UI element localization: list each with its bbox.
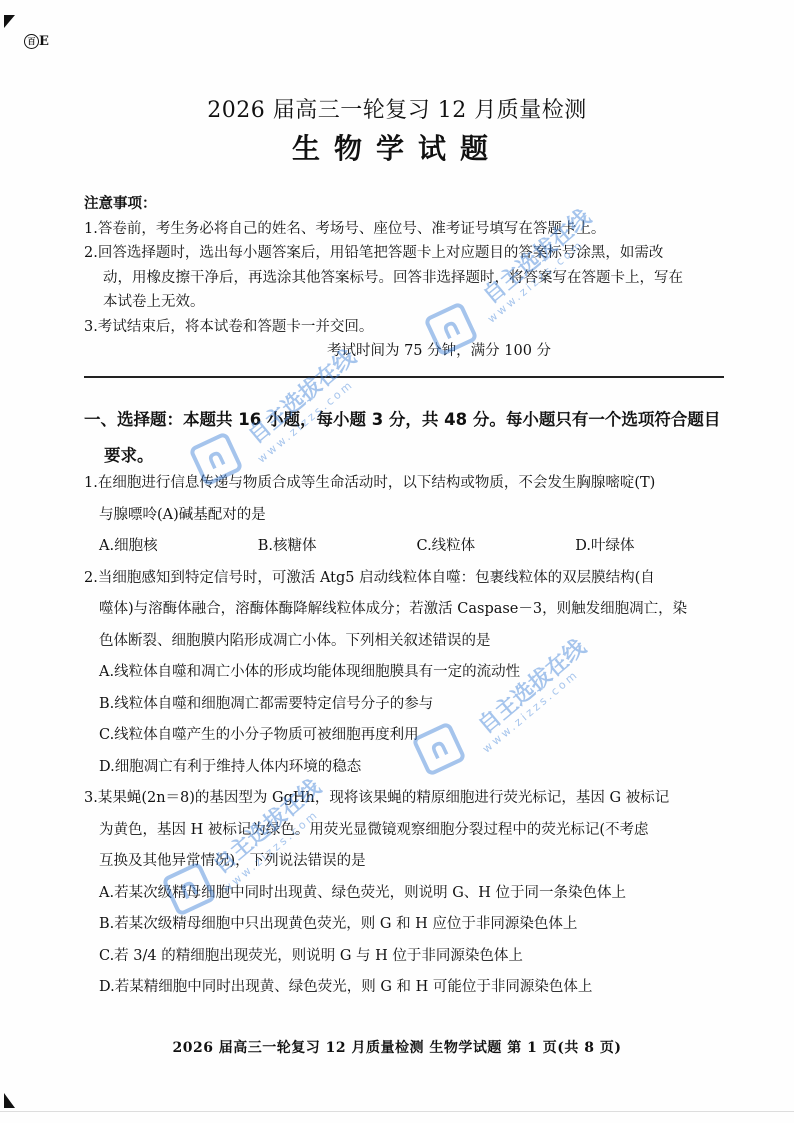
option-b: B.若某次级精母细胞中只出现黄色荧光，则 G 和 H 应位于非同源染色体上: [84, 909, 734, 941]
publisher-logo-circle: 百: [24, 34, 39, 49]
question-stem-line: 噬体)与溶酶体融合，溶酶体酶降解线粒体成分；若激活 Caspase－3，则触发细…: [84, 594, 734, 626]
question-list: 1.在细胞进行信息传递与物质合成等生命活动时，以下结构或物质，不会发生胸腺嘧啶(…: [84, 468, 734, 1004]
note-item-2: 2.回答选择题时，选出每小题答案后，用铅笔把答题卡上对应题目的答案标号涂黑，如需…: [84, 241, 734, 266]
question-stem-line: 2.当细胞感知到特定信号时，可激活 Atg5 启动线粒体自噬：包裹线粒体的双层膜…: [84, 563, 734, 595]
note-item-2-cont2: 本试卷上无效。: [84, 290, 734, 315]
question-options: A.细胞核 B.核糖体 C.线粒体 D.叶绿体: [84, 531, 734, 563]
option-a: A.细胞核: [99, 531, 258, 563]
option-b: B.线粒体自噬和细胞凋亡都需要特定信号分子的参与: [84, 689, 734, 721]
note-item-2-cont: 动，用橡皮擦干净后，再选涂其他答案标号。回答非选择题时，将答案写在答题卡上，写在: [84, 266, 734, 291]
option-c: C.线粒体: [417, 531, 576, 563]
option-b: B.核糖体: [258, 531, 417, 563]
option-c: C.若 3/4 的精细胞出现荧光，则说明 G 与 H 位于非同源染色体上: [84, 941, 734, 973]
question-stem-line: 1.在细胞进行信息传递与物质合成等生命活动时，以下结构或物质，不会发生胸腺嘧啶(…: [84, 468, 734, 500]
page-edge-line: [0, 1111, 794, 1112]
option-d: D.叶绿体: [575, 531, 734, 563]
question-1: 1.在细胞进行信息传递与物质合成等生命活动时，以下结构或物质，不会发生胸腺嘧啶(…: [84, 468, 734, 563]
question-3: 3.某果蝇(2n＝8)的基因型为 GgHh，现将该果蝇的精原细胞进行荧光标记，基…: [84, 783, 734, 1004]
note-item-1: 1.答卷前，考生务必将自己的姓名、考场号、座位号、准考证号填写在答题卡上。: [84, 217, 734, 242]
exam-notes: 注意事项： 1.答卷前，考生务必将自己的姓名、考场号、座位号、准考证号填写在答题…: [84, 192, 734, 364]
publisher-logo-letter: E: [39, 34, 49, 49]
question-stem-line: 色体断裂、细胞膜内陷形成凋亡小体。下列相关叙述错误的是: [84, 626, 734, 658]
page-footer: 2026 届高三一轮复习 12 月质量检测 生物学试题 第 1 页(共 8 页): [0, 1037, 794, 1057]
publisher-logo: 百 E: [24, 34, 49, 49]
question-stem-line: 互换及其他异常情况)，下列说法错误的是: [84, 846, 734, 878]
section-heading: 一、选择题：本题共 16 小题，每小题 3 分，共 48 分。每小题只有一个选项…: [84, 402, 734, 474]
option-c: C.线粒体自噬产生的小分子物质可被细胞再度利用: [84, 720, 734, 752]
option-d: D.若某精细胞中同时出现黄、绿色荧光，则 G 和 H 可能位于非同源染色体上: [84, 972, 734, 1004]
exam-title: 2026 届高三一轮复习 12 月质量检测: [0, 93, 794, 124]
corner-mark-top-left: [4, 15, 15, 28]
section-heading-line1: 一、选择题：本题共 16 小题，每小题 3 分，共 48 分。每小题只有一个选项…: [84, 402, 734, 438]
option-a: A.若某次级精母细胞中同时出现黄、绿色荧光，则说明 G、H 位于同一条染色体上: [84, 878, 734, 910]
question-2: 2.当细胞感知到特定信号时，可激活 Atg5 启动线粒体自噬：包裹线粒体的双层膜…: [84, 563, 734, 784]
corner-mark-bottom-left: [4, 1093, 15, 1108]
subject-title: 生物学试题: [0, 127, 794, 167]
divider: [84, 376, 724, 378]
notes-heading: 注意事项：: [84, 192, 734, 217]
option-a: A.线粒体自噬和凋亡小体的形成均能体现细胞膜具有一定的流动性: [84, 657, 734, 689]
question-stem-line: 与腺嘌呤(A)碱基配对的是: [84, 500, 734, 532]
exam-time-info: 考试时间为 75 分钟，满分 100 分: [84, 339, 734, 364]
note-item-3: 3.考试结束后，将本试卷和答题卡一并交回。: [84, 315, 734, 340]
option-d: D.细胞凋亡有利于维持人体内环境的稳态: [84, 752, 734, 784]
question-stem-line: 为黄色，基因 H 被标记为绿色。用荧光显微镜观察细胞分裂过程中的荧光标记(不考虑: [84, 815, 734, 847]
question-stem-line: 3.某果蝇(2n＝8)的基因型为 GgHh，现将该果蝇的精原细胞进行荧光标记，基…: [84, 783, 734, 815]
